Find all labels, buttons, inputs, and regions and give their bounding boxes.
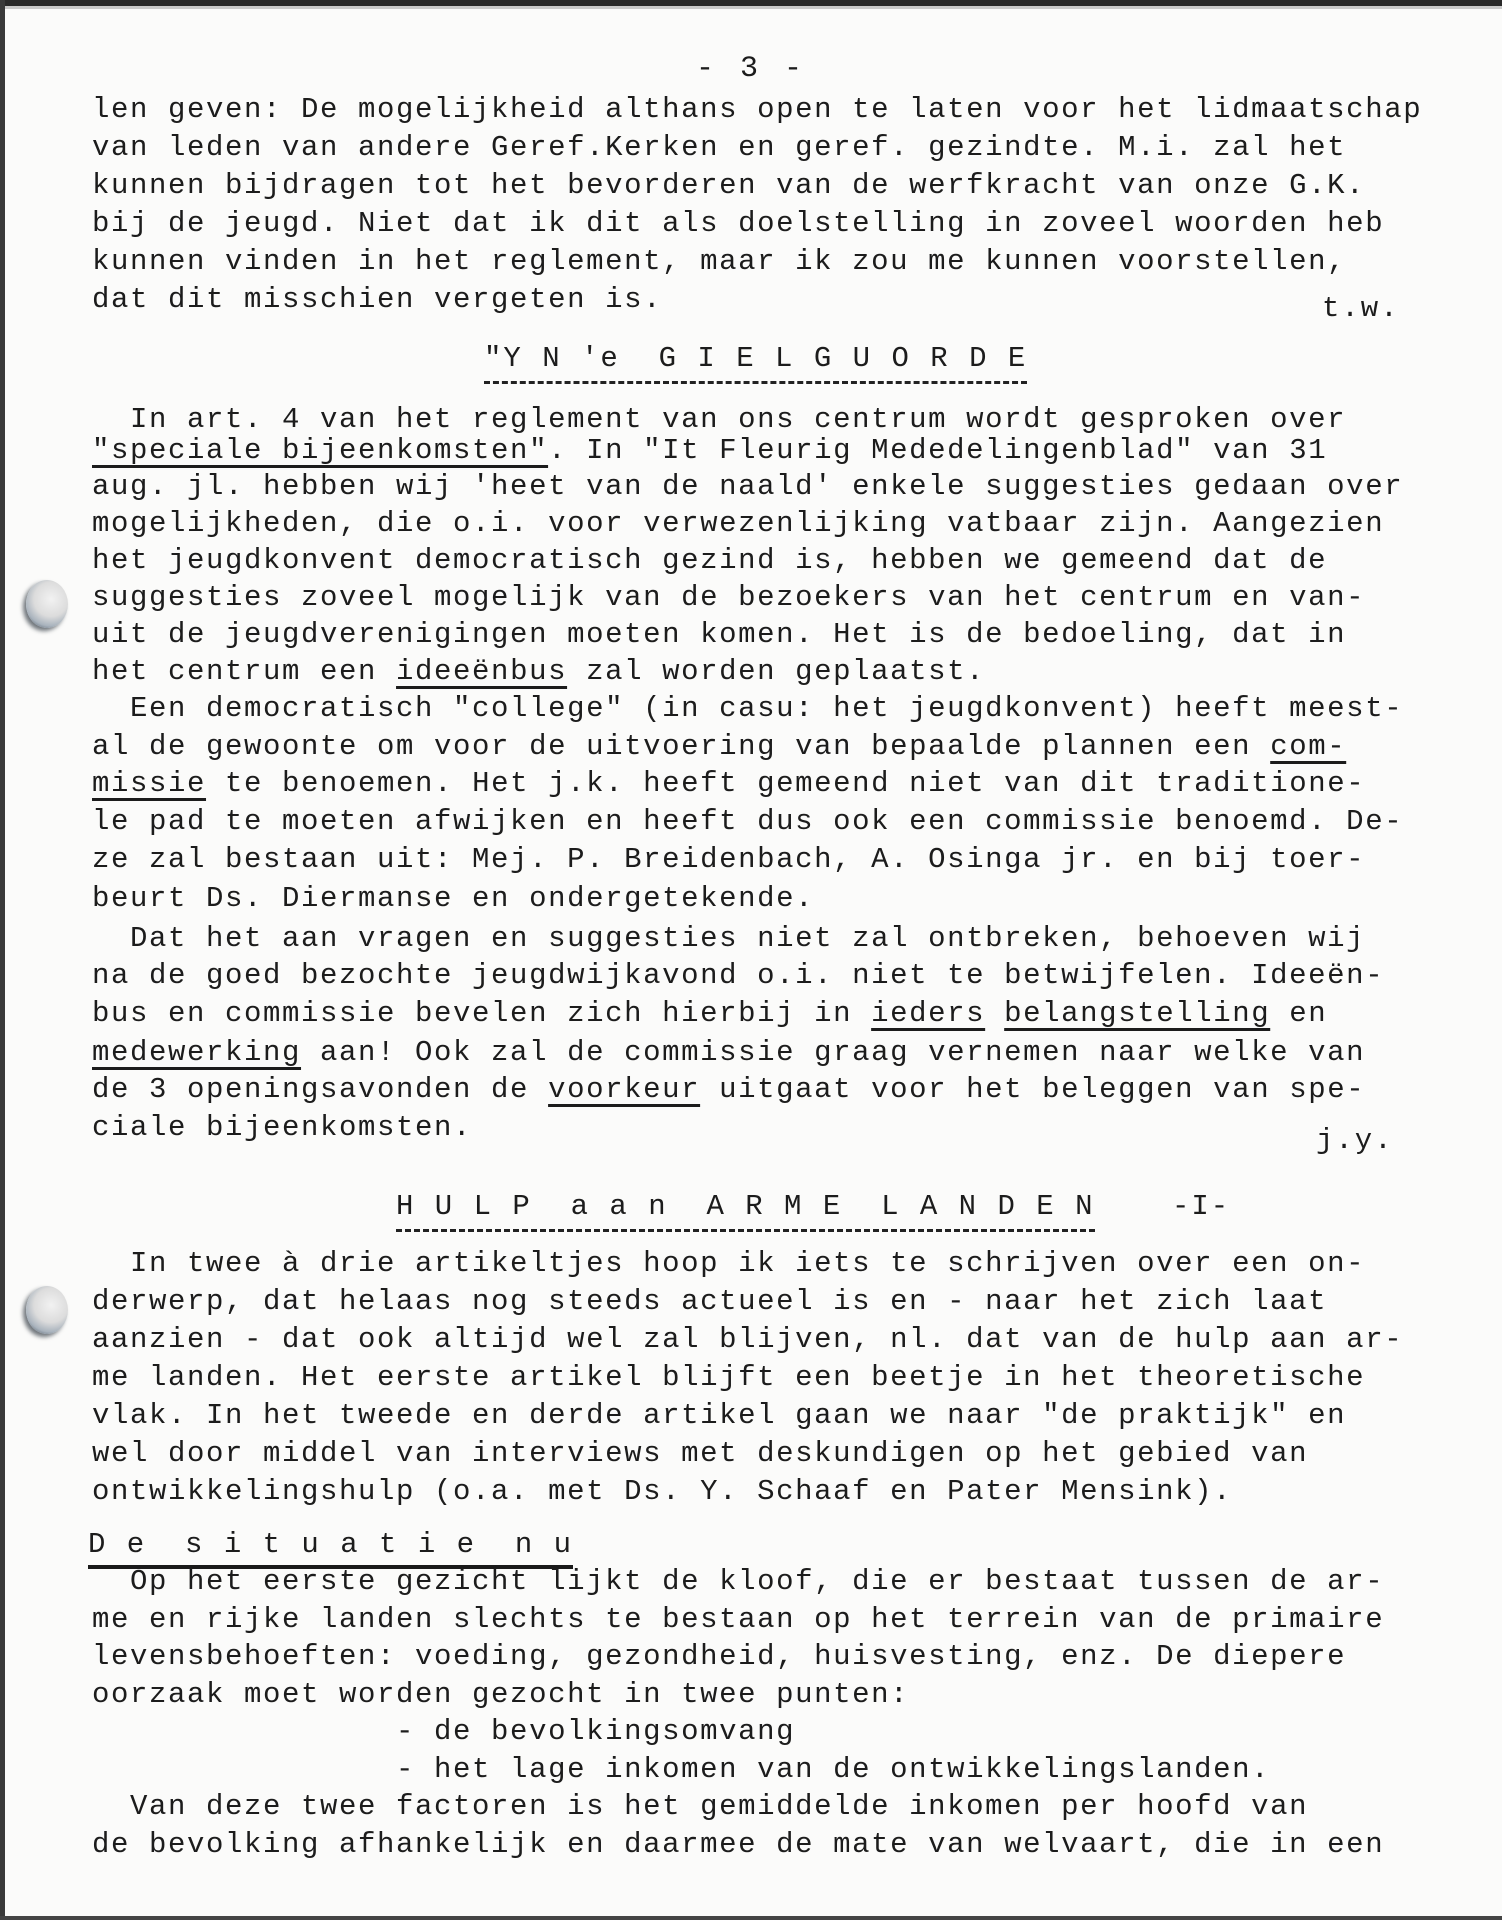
text-segment: aan! Ook zal de commissie graag vernemen… [301,1036,1365,1069]
underlined-emphasis: voorkeur [548,1073,700,1106]
scan-bottom-edge [0,1916,1502,1920]
text-segment: bus en commissie bevelen zich hierbij in [92,997,871,1030]
underlined-emphasis: ideeënbus [396,655,567,688]
page-number: - 3 - [0,52,1502,86]
text-segment: mogelijkheden, die o.i. voor verwezenlij… [92,507,1384,540]
text-segment: te benoemen. Het j.k. heeft gemeend niet… [206,767,1365,800]
text-line: ze zal bestaan uit: Mej. P. Breidenbach,… [92,844,1365,876]
text-line: aanzien - dat ook altijd wel zal blijven… [92,1324,1403,1356]
text-line: van leden van andere Geref.Kerken en ger… [92,132,1346,164]
text-segment: uitgaat voor het beleggen van spe- [700,1073,1365,1106]
text-line: al de gewoonte om voor de uitvoering van… [92,731,1346,763]
text-line: het jeugdkonvent democratisch gezind is,… [92,545,1327,577]
text-line: Op het eerste gezicht lijkt de kloof, di… [92,1566,1384,1598]
text-line: dat dit misschien vergeten is. [92,284,662,316]
text-segment: Dat het aan vragen en suggesties niet za… [92,922,1365,955]
text-segment: suggesties zoveel mogelijk van de bezoek… [92,581,1365,614]
text-segment: aug. jl. hebben wij 'heet van de naald' … [92,470,1403,503]
text-line: kunnen bijdragen tot het bevorderen van … [92,170,1365,202]
scan-top-shadow [0,6,1502,9]
text-line: medewerking aan! Ook zal de commissie gr… [92,1037,1365,1069]
text-segment: al de gewoonte om voor de uitvoering van… [92,730,1270,763]
text-line: In twee à drie artikeltjes hoop ik iets … [92,1248,1365,1280]
text-segment: . In "It Fleurig Mededelingenblad" van 3… [548,434,1327,467]
text-segment: In art. 4 van het reglement van ons cent… [92,403,1346,436]
text-line: mogelijkheden, die o.i. voor verwezenlij… [92,508,1384,540]
underlined-emphasis: medewerking [92,1036,301,1069]
article1-title: "Y N 'e G I E L G U O R D E [484,342,1027,384]
text-line: levensbehoeften: voeding, gezondheid, hu… [92,1641,1346,1673]
text-line: me landen. Het eerste artikel blijft een… [92,1362,1365,1394]
text-line: Dat het aan vragen en suggesties niet za… [92,923,1365,955]
text-line: uit de jeugdverenigingen moeten komen. H… [92,619,1346,651]
punch-hole-lower [26,1286,68,1334]
text-line: oorzaak moet worden gezocht in twee punt… [92,1679,909,1711]
text-segment: de 3 openingsavonden de [92,1073,548,1106]
article2-title: H U L P a a n A R M E L A N D E N [396,1190,1095,1232]
text-line: Een democratisch "college" (in casu: het… [92,693,1403,725]
text-segment: zal worden geplaatst. [567,655,985,688]
text-line: kunnen vinden in het reglement, maar ik … [92,246,1346,278]
underlined-emphasis: belangstelling [1004,997,1270,1030]
text-line: suggesties zoveel mogelijk van de bezoek… [92,582,1365,614]
intro-signature: t.w. [1322,292,1400,325]
text-line: len geven: De mogelijkheid althans open … [92,94,1422,126]
text-line: de 3 openingsavonden de voorkeur uitgaat… [92,1074,1365,1106]
text-line: bus en commissie bevelen zich hierbij in… [92,998,1327,1030]
text-line: wel door middel van interviews met desku… [92,1438,1308,1470]
article2-subheading: D e s i t u a t i e n u [88,1528,573,1569]
underlined-emphasis: missie [92,767,206,800]
text-line: Van deze twee factoren is het gemiddelde… [92,1791,1308,1823]
text-segment: na de goed bezochte jeugdwijkavond o.i. … [92,959,1384,992]
scan-left-edge [0,0,5,1920]
text-line: - de bevolkingsomvang [92,1716,795,1748]
text-segment: ze zal bestaan uit: Mej. P. Breidenbach,… [92,843,1365,876]
text-line: In art. 4 van het reglement van ons cent… [92,404,1346,436]
text-segment: Een democratisch "college" (in casu: het… [92,692,1403,725]
text-segment: het centrum een [92,655,396,688]
text-line: aug. jl. hebben wij 'heet van de naald' … [92,471,1403,503]
text-line: derwerp, dat helaas nog steeds actueel i… [92,1286,1327,1318]
text-segment: uit de jeugdverenigingen moeten komen. H… [92,618,1346,651]
text-line: de bevolking afhankelijk en daarmee de m… [92,1829,1384,1861]
text-line: beurt Ds. Diermanse en ondergetekende. [92,883,814,915]
text-segment: beurt Ds. Diermanse en ondergetekende. [92,882,814,915]
text-segment [985,997,1004,1030]
text-line: le pad te moeten afwijken en heeft dus o… [92,806,1403,838]
text-line: het centrum een ideeënbus zal worden gep… [92,656,985,688]
text-line: ontwikkelingshulp (o.a. met Ds. Y. Schaa… [92,1476,1232,1508]
underlined-emphasis: "speciale bijeenkomsten" [92,434,548,467]
text-segment: en [1270,997,1327,1030]
punch-hole-upper [26,580,68,628]
text-segment: ciale bijeenkomsten. [92,1111,472,1144]
text-line: bij de jeugd. Niet dat ik dit als doelst… [92,208,1384,240]
underlined-emphasis: com- [1270,730,1346,763]
text-line: me en rijke landen slechts te bestaan op… [92,1604,1384,1636]
text-line: ciale bijeenkomsten. [92,1112,472,1144]
text-line: - het lage inkomen van de ontwikkelingsl… [92,1754,1270,1786]
text-segment: het jeugdkonvent democratisch gezind is,… [92,544,1327,577]
text-line: missie te benoemen. Het j.k. heeft gemee… [92,768,1365,800]
article1-signature: j.y. [1316,1124,1394,1157]
article2-title-suffix: -I- [1172,1190,1230,1223]
text-line: na de goed bezochte jeugdwijkavond o.i. … [92,960,1384,992]
text-segment: le pad te moeten afwijken en heeft dus o… [92,805,1403,838]
underlined-emphasis: ieders [871,997,985,1030]
text-line: "speciale bijeenkomsten". In "It Fleurig… [92,435,1327,467]
text-line: vlak. In het tweede en derde artikel gaa… [92,1400,1346,1432]
